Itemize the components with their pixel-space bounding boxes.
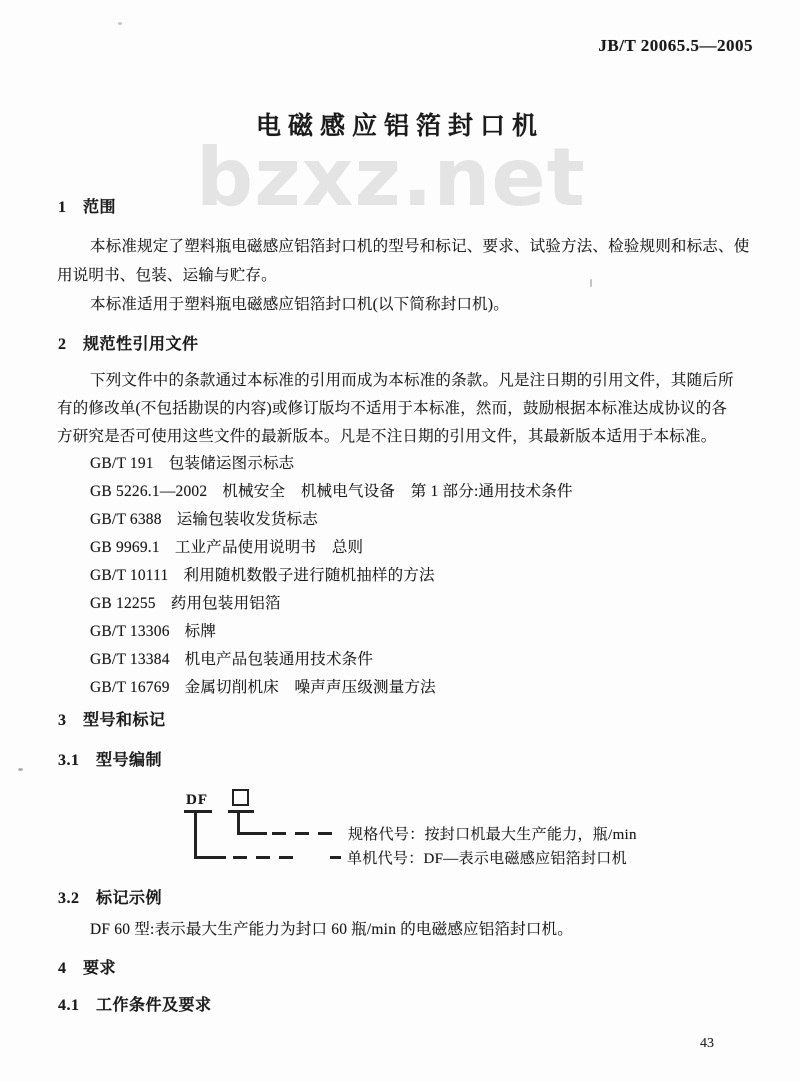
- section-3-1-heading: 3.1 型号编制: [58, 747, 162, 770]
- reference-code: GB/T 10111: [90, 567, 169, 585]
- reference-title: 机电产品包装通用技术条件: [185, 651, 373, 668]
- page-number: 43: [700, 1036, 714, 1052]
- section-2-heading: 2 规范性引用文件: [58, 331, 199, 354]
- reference-item: GB/T 191包装储运图示标志: [90, 451, 294, 473]
- section-1-heading: 1 范围: [58, 194, 116, 217]
- reference-item: GB/T 10111利用随机数骰子进行随机抽样的方法: [90, 563, 435, 585]
- scope-paragraph-line: 用说明书、包装、运输与贮存。: [57, 263, 277, 285]
- connector-dash-unit: [330, 856, 341, 859]
- marking-example-text: DF 60 型:表示最大生产能力为封口 60 瓶/min 的电磁感应铝箔封口机。: [90, 917, 573, 939]
- reference-title: 包装储运图示标志: [169, 455, 295, 472]
- scan-speck: [18, 768, 23, 771]
- section-4-heading: 4 要求: [58, 955, 116, 978]
- watermark-text: bzxz.net: [196, 138, 586, 218]
- connector-horizontal-spec: [237, 832, 267, 835]
- reference-code: GB 9969.1: [90, 539, 160, 557]
- connector-vertical-unit: [194, 812, 197, 858]
- reference-code: GB/T 6388: [90, 511, 162, 529]
- reference-title: 利用随机数骰子进行随机抽样的方法: [184, 567, 435, 584]
- reference-item: GB 9969.1工业产品使用说明书 总则: [90, 535, 363, 557]
- scanned-document-page: bzxz.net JB/T 20065.5—2005 电磁感应铝箔封口机 1 范…: [0, 0, 800, 1082]
- unit-code-text: DF: [186, 792, 208, 809]
- reference-code: GB/T 16769: [90, 679, 170, 697]
- reference-code: GB 5226.1—2002: [90, 483, 207, 501]
- scan-speck: [118, 22, 122, 25]
- unit-code-label: 单机代号：DF—表示电磁感应铝箔封口机: [347, 847, 627, 868]
- references-intro-line: 有的修改单(不包括勘误的内容)或修订版均不适用于本标准，然而，鼓励根据本标准达成…: [57, 396, 727, 418]
- connector-vertical-spec: [237, 812, 240, 834]
- section-3-heading: 3 型号和标记: [58, 707, 166, 730]
- connector-dashes-unit: [233, 856, 293, 859]
- connector-dashes-spec: [272, 832, 340, 835]
- spec-placeholder-box: [232, 789, 249, 806]
- underline-unit-code: [184, 810, 212, 813]
- reference-item: GB/T 13384机电产品包装通用技术条件: [90, 647, 373, 669]
- reference-code: GB 12255: [90, 595, 156, 613]
- underline-spec-box: [228, 810, 254, 813]
- reference-item: GB/T 13306标牌: [90, 619, 216, 641]
- references-intro-line: 下列文件中的条款通过本标准的引用而成为本标准的条款。凡是注日期的引用文件，其随后…: [90, 368, 734, 390]
- scan-speck: [590, 279, 592, 287]
- page-title: 电磁感应铝箔封口机: [0, 106, 800, 142]
- reference-title: 药用包装用铝箔: [171, 595, 281, 612]
- scope-paragraph-line: 本标准规定了塑料瓶电磁感应铝箔封口机的型号和标记、要求、试验方法、检验规则和标志…: [90, 234, 749, 256]
- reference-title: 标牌: [185, 623, 216, 640]
- reference-title: 运输包装收发货标志: [177, 511, 318, 528]
- reference-item: GB 5226.1—2002机械安全 机械电气设备 第 1 部分:通用技术条件: [90, 479, 573, 501]
- reference-item: GB/T 6388运输包装收发货标志: [90, 507, 318, 529]
- scope-paragraph-line: 本标准适用于塑料瓶电磁感应铝箔封口机(以下简称封口机)。: [90, 292, 509, 314]
- reference-title: 工业产品使用说明书 总则: [175, 539, 363, 556]
- reference-title: 机械安全 机械电气设备 第 1 部分:通用技术条件: [222, 483, 572, 500]
- connector-horizontal-unit: [194, 856, 226, 859]
- reference-item: GB 12255药用包装用铝箔: [90, 591, 281, 613]
- reference-code: GB/T 191: [90, 455, 154, 473]
- reference-title: 金属切削机床 噪声声压级测量方法: [185, 679, 436, 696]
- reference-code: GB/T 13306: [90, 623, 170, 641]
- spec-code-label: 规格代号：按封口机最大生产能力，瓶/min: [348, 823, 637, 844]
- reference-code: GB/T 13384: [90, 651, 170, 669]
- section-3-2-heading: 3.2 标记示例: [58, 885, 162, 908]
- standard-code-header: JB/T 20065.5—2005: [598, 36, 753, 56]
- reference-item: GB/T 16769金属切削机床 噪声声压级测量方法: [90, 675, 436, 697]
- references-intro-line: 方研究是否可使用这些文件的最新版本。凡是不注日期的引用文件，其最新版本适用于本标…: [57, 424, 716, 446]
- section-4-1-heading: 4.1 工作条件及要求: [58, 992, 212, 1015]
